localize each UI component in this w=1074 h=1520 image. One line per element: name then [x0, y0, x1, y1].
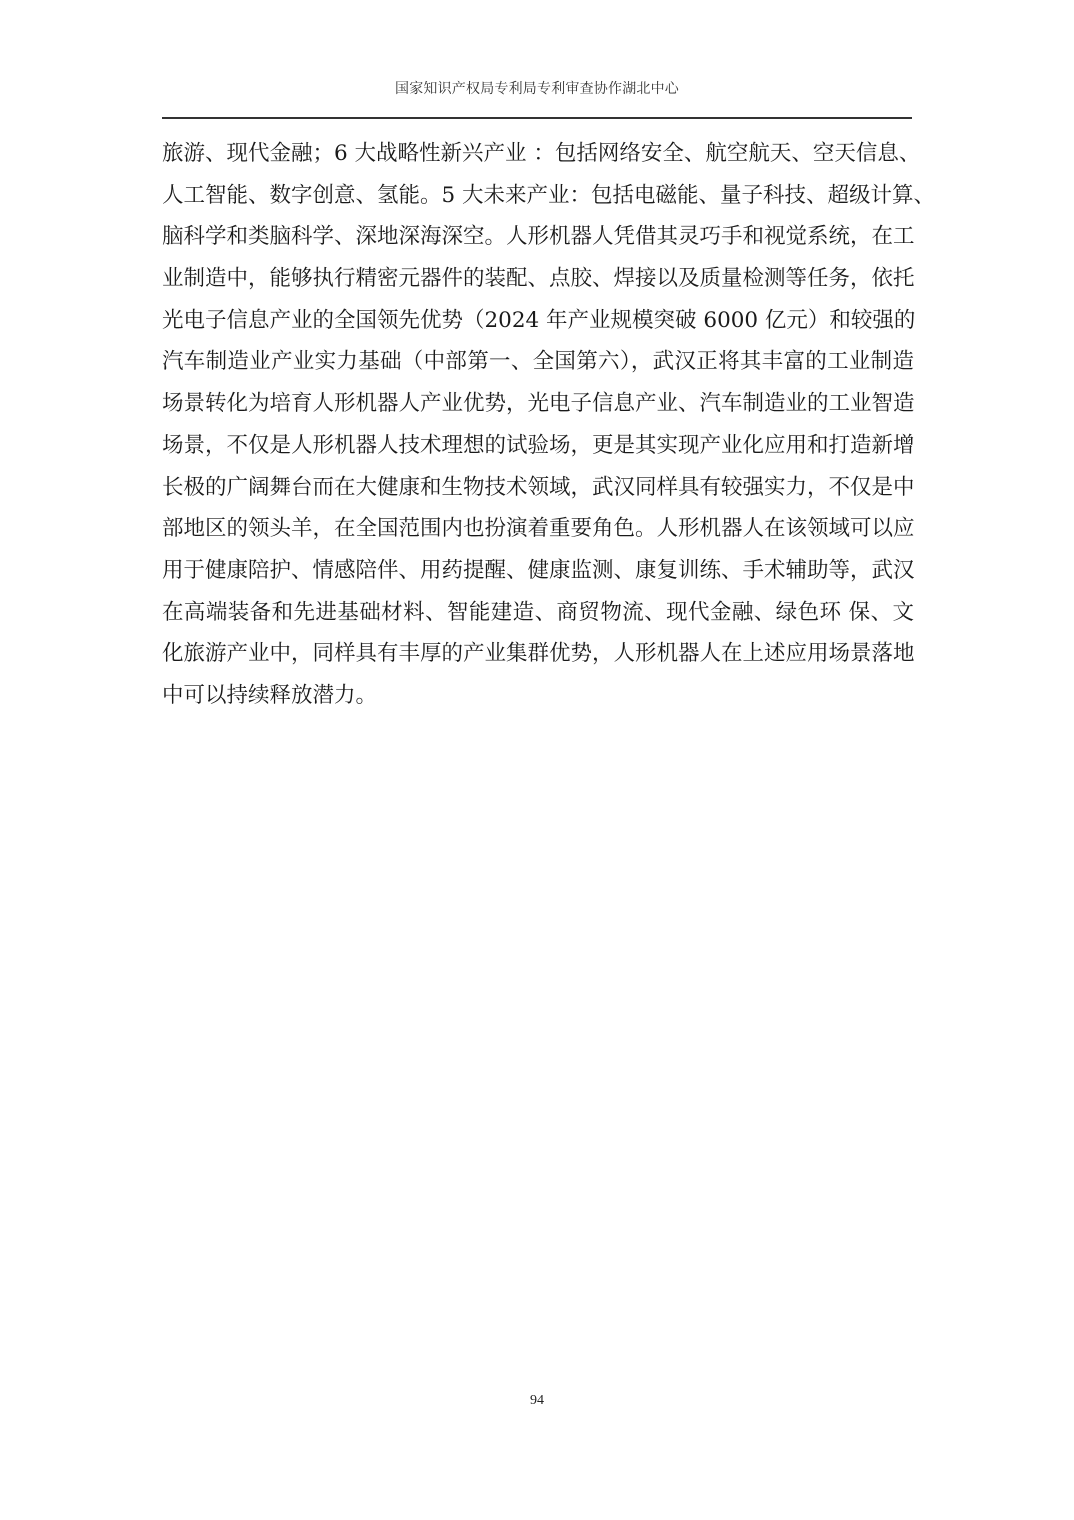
- text-line: 脑科学和类脑科学、深地深海深空。人形机器人凭借其灵巧手和视觉系统，在工: [162, 216, 914, 258]
- text-line: 中可以持续释放潜力。: [162, 675, 914, 717]
- text-line: 化旅游产业中，同样具有丰厚的产业集群优势，人形机器人在上述应用场景落地: [162, 633, 914, 675]
- text-line: 汽车制造业产业实力基础（中部第一、全国第六），武汉正将其丰富的工业制造: [162, 341, 914, 383]
- text-line: 业制造中，能够执行精密元器件的装配、点胶、焊接以及质量检测等任务，依托: [162, 258, 914, 300]
- running-header: 国家知识产权局专利局专利审查协作湖北中心: [162, 78, 912, 98]
- text-line: 场景，不仅是人形机器人技术理想的试验场，更是其实现产业化应用和打造新增: [162, 425, 914, 467]
- text-line: 用于健康陪护、情感陪伴、用药提醒、健康监测、康复训练、手术辅助等，武汉: [162, 550, 914, 592]
- text-line: 长极的广阔舞台而在大健康和生物技术领域，武汉同样具有较强实力，不仅是中: [162, 467, 914, 509]
- text-line: 旅游、现代金融；6 大战略性新兴产业 ：包括网络安全、航空航天、空天信息、: [162, 133, 914, 175]
- text-line: 人工智能、数字创意、氢能。5 大未来产业：包括电磁能、量子科技、超级计算、: [162, 175, 914, 217]
- text-line: 在高端装备和先进基础材料、智能建造、商贸物流、现代金融、绿色环 保、文: [162, 592, 914, 634]
- text-line: 场景转化为培育人形机器人产业优势，光电子信息产业、汽车制造业的工业智造: [162, 383, 914, 425]
- header-divider: [162, 117, 912, 119]
- text-line: 部地区的领头羊，在全国范围内也扮演着重要角色。人形机器人在该领域可以应: [162, 508, 914, 550]
- body-paragraph: 旅游、现代金融；6 大战略性新兴产业 ：包括网络安全、航空航天、空天信息、 人工…: [162, 133, 914, 717]
- text-line: 光电子信息产业的全国领先优势（2024 年产业规模突破 6000 亿元）和较强的: [162, 300, 914, 342]
- page-number: 94: [0, 1393, 1074, 1409]
